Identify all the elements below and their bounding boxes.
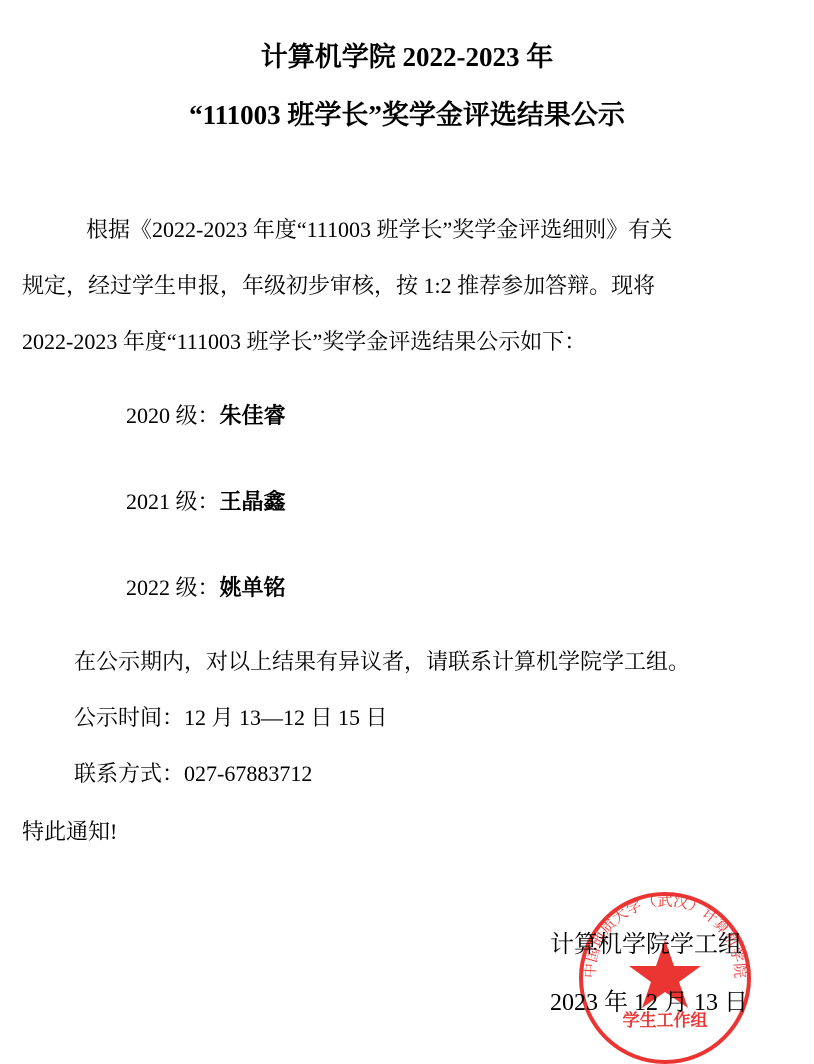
winner-row: 2020 级：朱佳睿	[126, 402, 286, 431]
intro-line-1: 根据《2022-2023 年度“111003 班学长”奖学金评选细则》有关	[86, 216, 672, 244]
winner-row: 2021 级：王晶鑫	[126, 488, 286, 517]
winner-grade: 2020 级：	[126, 403, 220, 428]
winner-name: 姚单铭	[220, 576, 286, 601]
signature-org: 计算机学院学工组	[550, 930, 742, 960]
winner-row: 2022 级：姚单铭	[126, 574, 286, 603]
intro-line-2: 规定，经过学生申报，年级初步审核，按 1:2 推荐参加答辩。现将	[22, 272, 655, 300]
title-line-1: 计算机学院 2022-2023 年	[0, 40, 814, 74]
official-seal-stamp: 中国地质大学（武汉）计算机学院 学生工作组	[575, 892, 755, 1064]
publicity-period: 公示时间：12 月 13—12 日 15 日	[74, 704, 388, 732]
title-line-2: “111003 班学长”奖学金评选结果公示	[0, 98, 814, 132]
winner-grade: 2021 级：	[126, 489, 220, 514]
signature-date: 2023 年 12 月 13 日	[550, 988, 748, 1018]
contact-info: 联系方式：027-67883712	[74, 760, 312, 788]
objection-note: 在公示期内，对以上结果有异议者，请联系计算机学院学工组。	[74, 648, 690, 676]
intro-line-3: 2022-2023 年度“111003 班学长”奖学金评选结果公示如下：	[22, 328, 586, 356]
winner-name: 王晶鑫	[220, 490, 286, 515]
winner-grade: 2022 级：	[126, 575, 220, 600]
closing-remark: 特此通知!	[22, 818, 117, 846]
winner-name: 朱佳睿	[220, 404, 286, 429]
